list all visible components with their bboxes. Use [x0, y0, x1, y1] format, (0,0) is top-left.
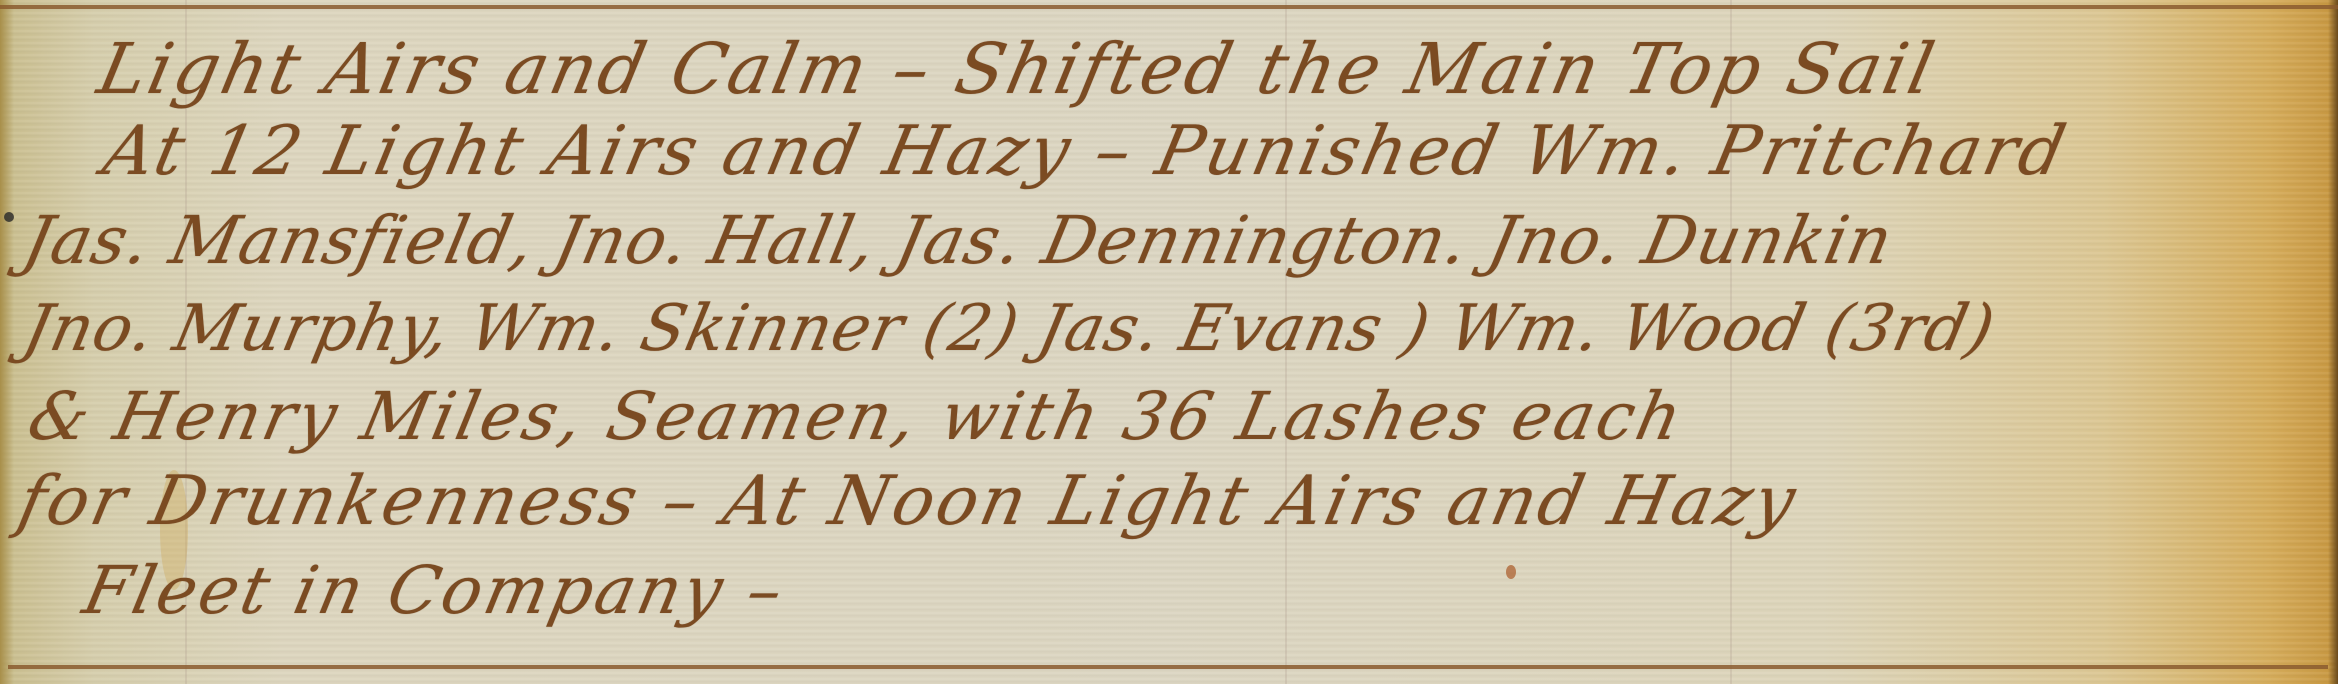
log-line-6: for Drunkenness – At Noon Light Airs and…: [12, 462, 1805, 541]
log-line-2: At 12 Light Airs and Hazy – Punished Wm.…: [97, 112, 2075, 191]
log-line-3: Jas. Mansfield, Jno. Hall, Jas. Denningt…: [17, 202, 1900, 279]
log-line-4: Jno. Murphy, Wm. Skinner (2) Jas. Evans …: [17, 292, 2001, 366]
log-line-1: Light Airs and Calm – Shifted the Main T…: [91, 28, 1943, 110]
log-line-5: & Henry Miles, Seamen, with 36 Lashes ea…: [22, 378, 1691, 455]
log-page: Light Airs and Calm – Shifted the Main T…: [0, 0, 2338, 684]
log-entry-text: Light Airs and Calm – Shifted the Main T…: [0, 0, 2338, 684]
log-line-7: Fleet in Company –: [77, 552, 793, 629]
